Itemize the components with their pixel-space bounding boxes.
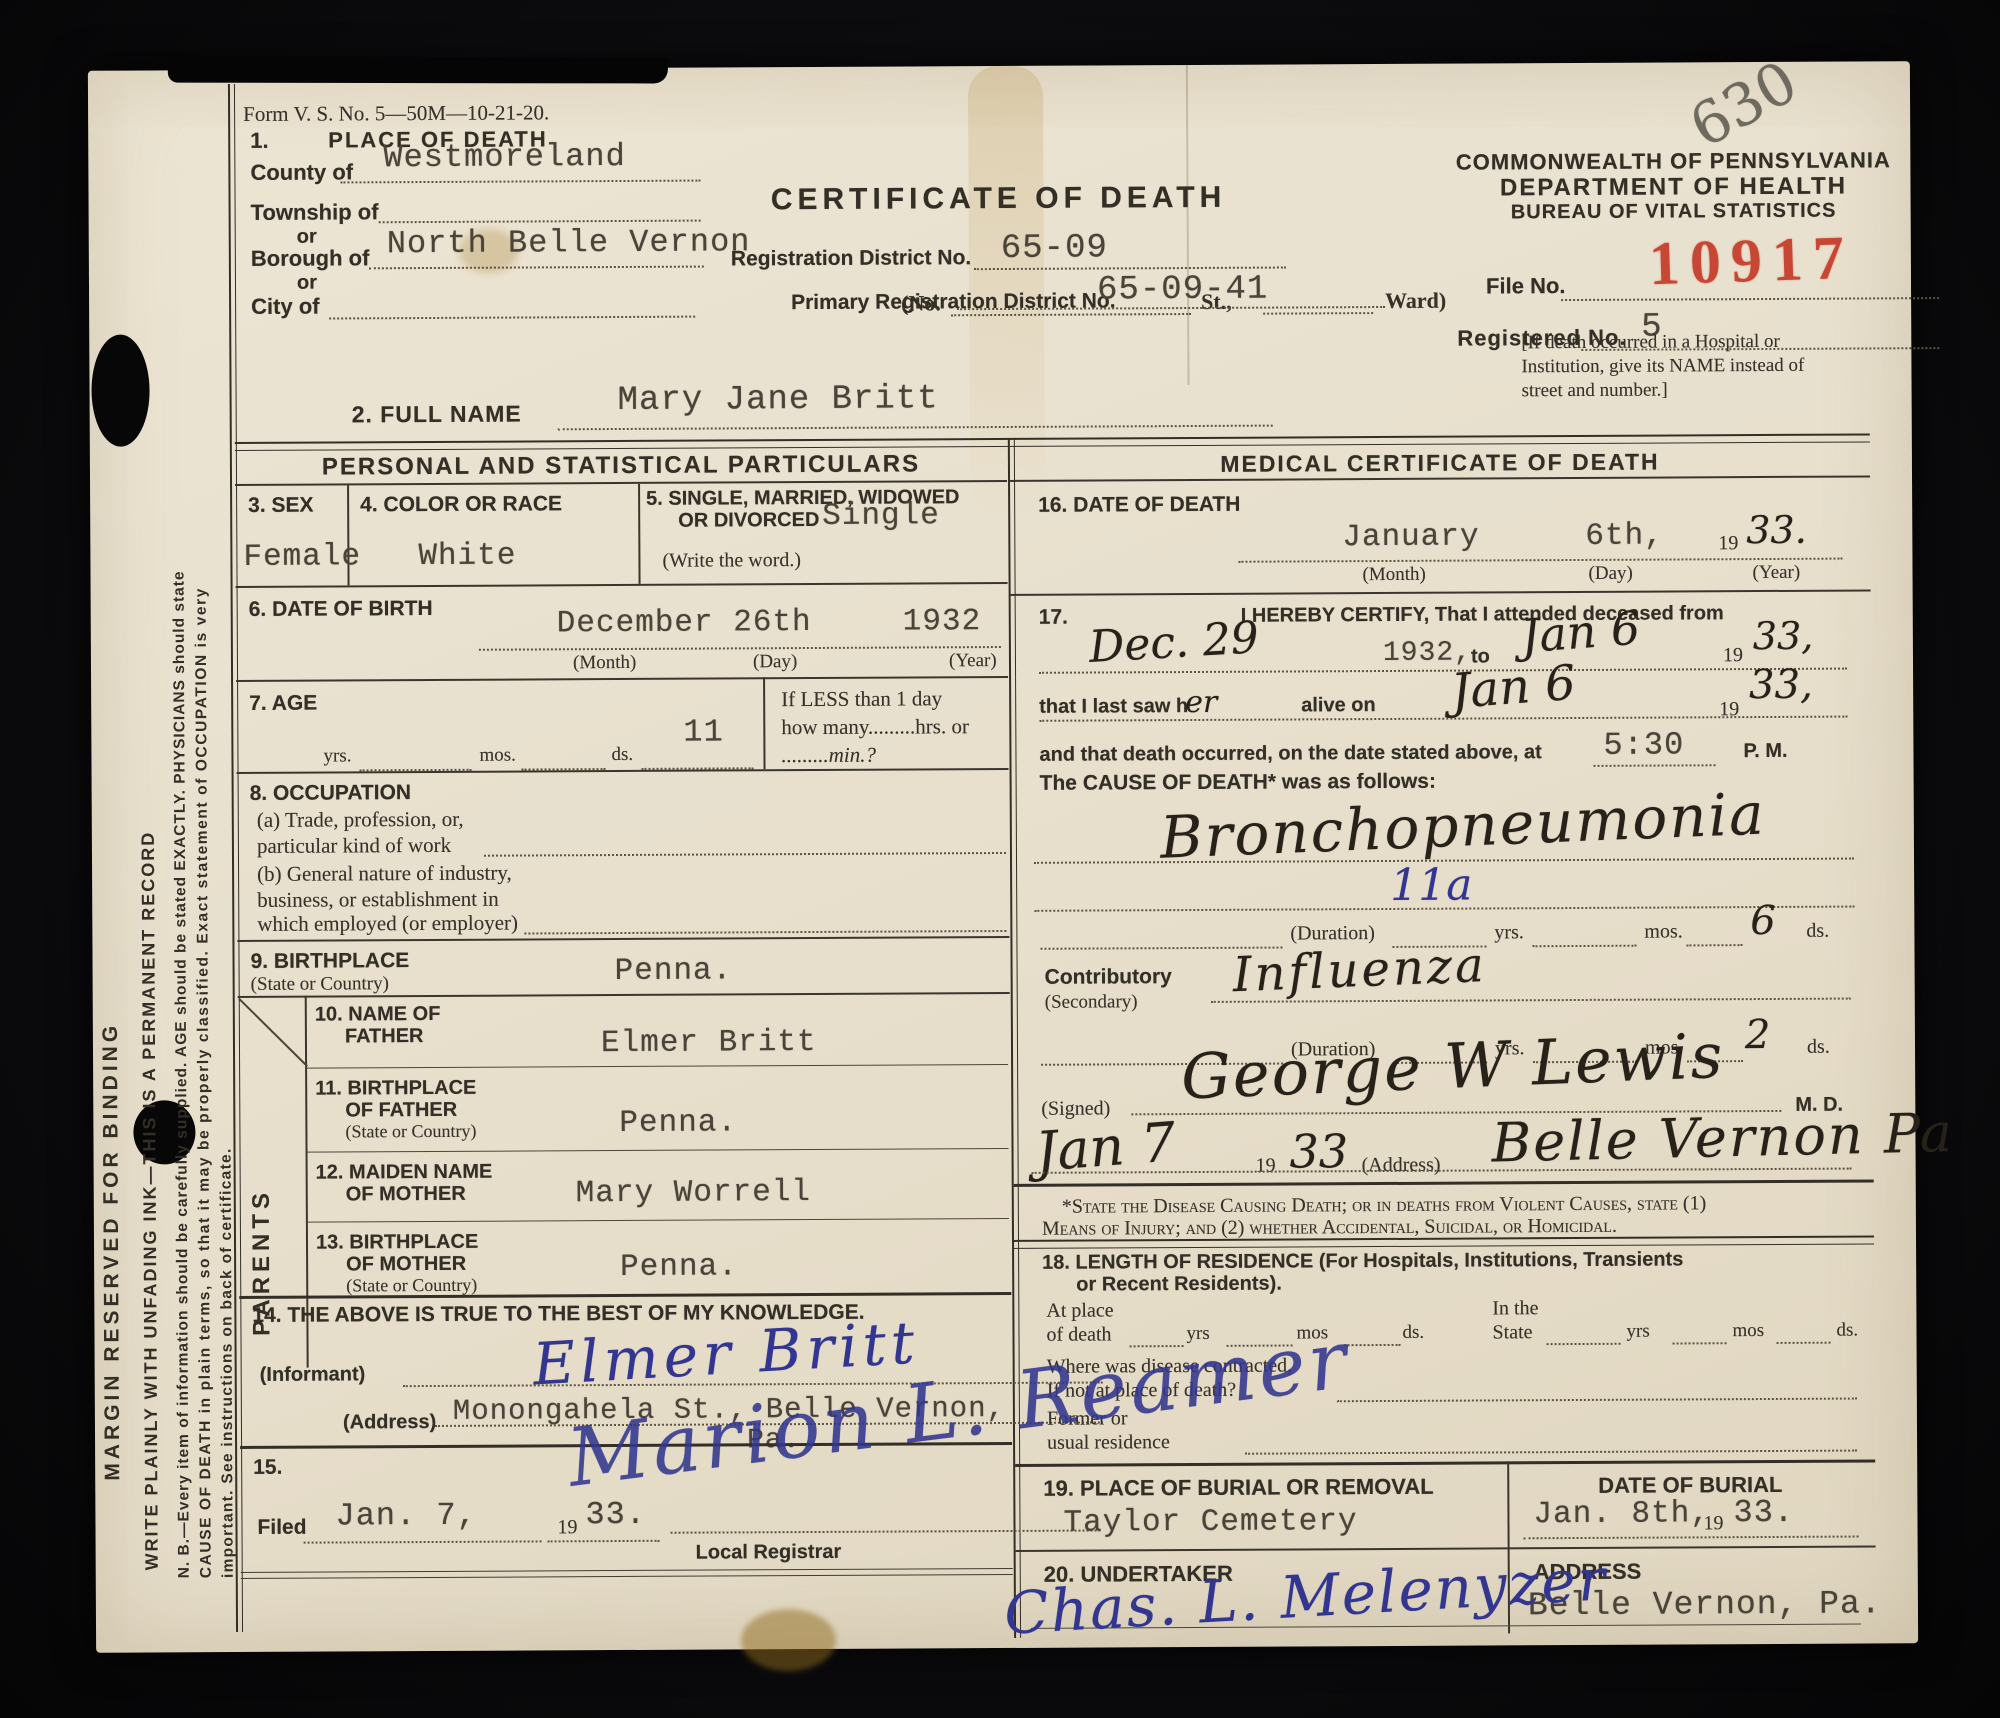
registrar-line (671, 1527, 1101, 1533)
borough-label: Borough of (251, 245, 370, 272)
death-certificate-document: MARGIN RESERVED FOR BINDING WRITE PLAINL… (88, 61, 1918, 1653)
in-state-line1: In the (1492, 1297, 1538, 1320)
paper-stain (741, 1609, 836, 1671)
marital-label-line2: OR DIVORCED (678, 509, 819, 533)
date-of-death-year-preprint: 19 (1718, 532, 1738, 555)
torn-edge (168, 57, 668, 84)
occupation-a-line1: (a) Trade, profession, or, (257, 807, 464, 833)
certify-statement: I HEREBY CERTIFY, That I attended deceas… (1241, 602, 1724, 628)
photo-background: MARGIN RESERVED FOR BINDING WRITE PLAINL… (0, 0, 2000, 1718)
item1-number: 1. (250, 128, 268, 154)
in-state-mos: mos (1732, 1320, 1764, 1342)
rule (1015, 1459, 1875, 1467)
death-ampm-label: P. M. (1743, 740, 1787, 763)
mother-birthplace-value: Penna. (620, 1249, 738, 1285)
date-of-death-day: 6th, (1585, 519, 1664, 554)
cell-divider (763, 677, 765, 769)
cell-divider (638, 484, 641, 584)
personal-section-title: PERSONAL AND STATISTICAL PARTICULARS (235, 450, 1007, 482)
birthplace-subcaption: (State or Country) (251, 973, 389, 996)
occupation-b-line2: business, or establishment in (257, 887, 499, 913)
cause-of-death-label: The CAUSE OF DEATH* was as follows: (1040, 770, 1436, 796)
city-label: City of (251, 294, 320, 320)
rule (306, 1218, 1009, 1223)
local-registrar-label: Local Registrar (696, 1541, 842, 1565)
month-caption: (Month) (573, 652, 636, 674)
department-heading: DEPARTMENT OF HEALTH (1378, 172, 1968, 203)
county-value: Westmoreland (383, 138, 626, 176)
residence-label-line1: 18. LENGTH OF RESIDENCE (For Hospitals, … (1042, 1248, 1683, 1274)
occupation-label: 8. OCCUPATION (250, 781, 412, 806)
duration1-days-value: 6 (1750, 898, 1776, 944)
dob-year-value: 1932 (903, 604, 982, 639)
rule (237, 936, 1009, 942)
burial-place-label: 19. PLACE OF BURIAL OR REMOVAL (1043, 1474, 1433, 1502)
duration1-mos: mos. (1644, 920, 1682, 943)
father-birthplace-label-line1: 11. BIRTHPLACE (315, 1077, 476, 1101)
signed-address-label: (Address) (1362, 1154, 1441, 1177)
physician-address: Belle Vernon Pa (1491, 1101, 1955, 1174)
date-of-death-label: 16. DATE OF DEATH (1038, 493, 1240, 518)
contributory-label: Contributory (1045, 965, 1172, 990)
occupation-b-line (524, 928, 1006, 935)
date-of-death-year: 33. (1746, 508, 1807, 552)
city-line (329, 314, 695, 320)
burial-year-preprint: 19 (1703, 1512, 1723, 1535)
rule (305, 1064, 1008, 1069)
in-state-ds: ds. (1836, 1320, 1858, 1342)
burial-date-label: DATE OF BURIAL (1525, 1472, 1855, 1500)
residence-label-line2: or Recent Residents). (1076, 1273, 1282, 1297)
form-number: Form V. S. No. 5—50M—10-21-20. (243, 100, 549, 127)
disease-contracted-line (1337, 1396, 1857, 1403)
year-caption: (Year) (1752, 562, 1800, 584)
at-place-dots (1345, 1342, 1401, 1346)
in-state-dots (1547, 1341, 1621, 1345)
file-no-label: File No. (1486, 273, 1566, 299)
dob-label: 6. DATE OF BIRTH (249, 597, 433, 622)
borough-line (369, 264, 704, 270)
mother-birthplace-subcaption: (State or Country) (346, 1275, 477, 1297)
death-occurred-statement: and that death occurred, on the date sta… (1039, 741, 1541, 767)
sex-label: 3. SEX (248, 494, 313, 518)
fullname-line (558, 423, 1273, 431)
at-place-ds: ds. (1402, 1322, 1424, 1344)
pencil-annotation: 630 (1679, 47, 1809, 160)
age-ds-caption: ds. (611, 744, 633, 766)
registration-district-value: 65-09 (1001, 229, 1108, 268)
ward-label: Ward) (1385, 288, 1446, 314)
duration1-ds: ds. (1806, 920, 1829, 943)
margin-binding-text: MARGIN RESERVED FOR BINDING (96, 401, 136, 1481)
in-state-line2: State (1492, 1321, 1532, 1344)
occupation-b-line3: which employed (or employer) (257, 911, 518, 937)
informant-address-label: (Address) (343, 1411, 436, 1434)
informant-label: (Informant) (260, 1363, 366, 1387)
death-time-value: 5:30 (1603, 726, 1684, 763)
filed-line (304, 1538, 542, 1543)
former-residence-line (1245, 1448, 1857, 1455)
if-less-line1: If LESS than 1 day (781, 686, 942, 712)
undertaker-signature: Chas. L. Melenyzer (1002, 1545, 1609, 1648)
dob-month-day-value: December 26th (557, 605, 812, 641)
primary-registration-label: Primary Registration District No. (791, 289, 1116, 315)
father-birthplace-value: Penna. (619, 1105, 737, 1141)
attended-to-year-preprint: 19 (1723, 644, 1743, 667)
last-saw-date: Jan 6 (1449, 655, 1577, 720)
registration-district-label: Registration District No. (731, 246, 971, 271)
medical-section-title: MEDICAL CERTIFICATE OF DEATH (1040, 448, 1840, 479)
secondary-caption: (Secondary) (1045, 991, 1138, 1013)
date-of-death-month: January (1342, 520, 1479, 556)
mother-name-value: Mary Worrell (576, 1175, 811, 1211)
age-yrs-caption: yrs. (323, 745, 351, 767)
duration1-dots (1686, 942, 1742, 946)
item17-number: 17. (1039, 606, 1068, 630)
duration2-days-value: 2 (1745, 1012, 1771, 1058)
if-less-line3: .........min.? (781, 743, 876, 768)
burial-date-value: Jan. 8th, (1533, 1496, 1710, 1532)
registration-district-line (974, 265, 1286, 271)
marital-hint: (Write the word.) (662, 549, 801, 573)
mother-name-label-line1: 12. MAIDEN NAME (316, 1161, 493, 1185)
burial-year-value: 33. (1733, 1494, 1794, 1531)
in-state-dots (1673, 1340, 1727, 1344)
in-state-yrs: yrs (1626, 1321, 1649, 1343)
borough-value: North Belle Vernon (387, 223, 751, 262)
father-name-label-line1: 10. NAME OF (315, 1003, 441, 1027)
occupation-b-line1: (b) General nature of industry, (257, 861, 512, 887)
duration1-yrs: yrs. (1494, 921, 1524, 944)
duration2-ds: ds. (1807, 1036, 1830, 1059)
year-caption: (Year) (949, 650, 997, 672)
attended-to-year: 33, (1753, 614, 1814, 658)
crease (1186, 65, 1190, 385)
mother-name-label-line2: OF MOTHER (346, 1183, 466, 1207)
rule (236, 582, 1008, 588)
filed-date-value: Jan. 7, (335, 1497, 477, 1535)
street-line (1263, 310, 1373, 315)
occupation-a-line2: particular kind of work (257, 833, 451, 859)
color-race-value: White (418, 539, 516, 575)
attended-from-date: Dec. 29 (1088, 612, 1261, 673)
father-birthplace-subcaption: (State or Country) (345, 1121, 476, 1143)
filed-label: Filed (257, 1516, 306, 1540)
file-no-stamp: 10917 (1648, 223, 1855, 300)
father-birthplace-label-line2: OF FATHER (345, 1099, 457, 1123)
filed-year-line (548, 1538, 660, 1543)
rule (1014, 1179, 1874, 1187)
item15-number: 15. (253, 1456, 282, 1480)
physician-signature: George W Lewis (1180, 1019, 1726, 1114)
dob-line (479, 644, 1001, 651)
duration1-dots (1532, 943, 1636, 948)
birthplace-value: Penna. (615, 953, 733, 989)
burial-date-line (1524, 1534, 1859, 1540)
margin-write-plainly-text: WRITE PLAINLY WITH UNFADING INK—THIS IS … (135, 338, 169, 1570)
day-caption: (Day) (1588, 563, 1632, 585)
day-caption: (Day) (753, 651, 797, 673)
age-label: 7. AGE (249, 692, 317, 716)
rule (237, 768, 1009, 774)
at-place-line1: At place (1046, 1299, 1113, 1322)
rule (236, 676, 1008, 682)
cause-code: 11a (1390, 860, 1473, 911)
fullname-label: 2. FULL NAME (352, 401, 522, 429)
color-race-label: 4. COLOR OR RACE (360, 492, 562, 517)
death-time-line (1594, 762, 1716, 767)
rule (1016, 1545, 1876, 1552)
burial-place-value: Taylor Cemetery (1063, 1504, 1357, 1541)
center-divider-rule (1008, 438, 1021, 1638)
township-label: Township of (251, 199, 379, 226)
parents-vertical-label: PARENTS (247, 1026, 279, 1336)
contributory-cause-value: Influenza (1232, 937, 1488, 1003)
signed-year-preprint: 19 (1256, 1155, 1276, 1178)
in-state-dots (1777, 1340, 1831, 1344)
filed-year-preprint: 19 (557, 1516, 577, 1539)
last-saw-year: 33, (1749, 662, 1813, 708)
last-saw-statement: that I last saw h (1039, 695, 1188, 719)
or-label: or (297, 272, 317, 295)
age-mos-caption: mos. (479, 745, 516, 767)
mother-birthplace-label-line2: OF MOTHER (346, 1253, 466, 1277)
county-label: County of (250, 159, 353, 186)
rule (241, 1568, 1013, 1579)
township-line (379, 218, 701, 224)
father-name-value: Elmer Britt (601, 1025, 817, 1061)
month-caption: (Month) (1362, 564, 1425, 586)
if-less-line2: how many.........hrs. or (781, 714, 969, 740)
attended-to-date: Jan 6 (1519, 601, 1642, 664)
marital-value: Single (822, 498, 940, 534)
last-saw-er: er (1185, 685, 1217, 720)
alive-on-label: alive on (1301, 694, 1376, 717)
rule (1011, 589, 1871, 596)
county-line (340, 178, 700, 184)
primary-registration-value: 65-09-41 (1097, 271, 1268, 310)
hospital-note: [If death occurred in a Hospital or Inst… (1521, 330, 1821, 404)
rule (306, 1148, 1009, 1153)
age-days-value: 11 (683, 713, 724, 750)
sex-value: Female (243, 539, 361, 575)
certificate-title: CERTIFICATE OF DEATH (738, 181, 1258, 218)
fullname-value: Mary Jane Britt (618, 380, 939, 420)
occupation-a-line (484, 850, 1006, 857)
primary-registration-line (957, 304, 1385, 310)
mother-birthplace-label-line1: 13. BIRTHPLACE (316, 1231, 478, 1255)
bureau-heading: BUREAU OF VITAL STATISTICS (1379, 199, 1969, 225)
father-name-label-line2: FATHER (345, 1025, 424, 1048)
birthplace-label: 9. BIRTHPLACE (250, 949, 409, 974)
